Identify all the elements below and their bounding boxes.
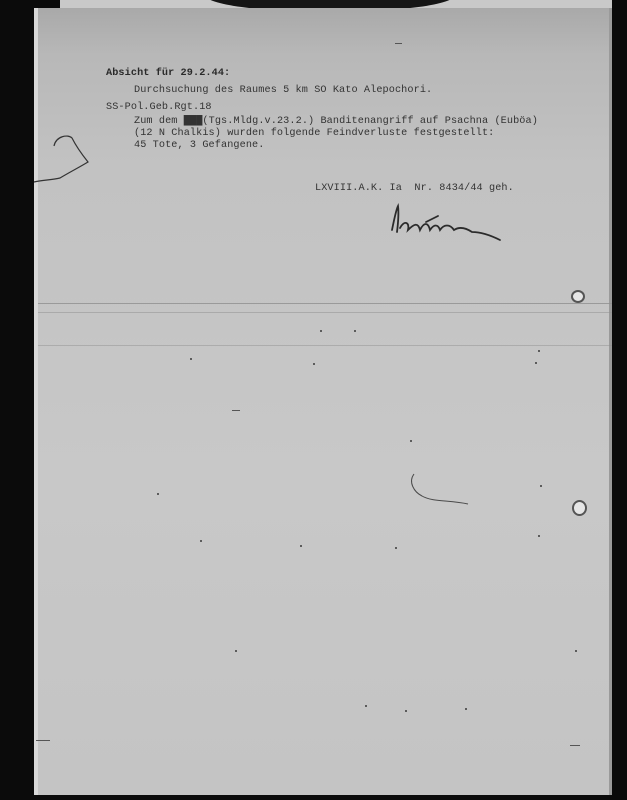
speck: [405, 710, 407, 712]
reference-number: LXVIII.A.K. Ia Nr. 8434/44 geh.: [315, 183, 514, 194]
speck: [575, 650, 577, 652]
speck: [535, 362, 537, 364]
punch-hole: [572, 500, 587, 516]
speck: [354, 330, 356, 332]
scan-right-edge: [612, 0, 627, 800]
speck: [190, 358, 192, 360]
speck: [395, 43, 402, 44]
speck: [157, 493, 159, 495]
speck: [410, 440, 412, 442]
speck: [538, 535, 540, 537]
fold-line: [38, 345, 612, 346]
heading-intent-date: Absicht für 29.2.44:: [106, 68, 230, 79]
speck: [200, 540, 202, 542]
punch-hole: [571, 290, 585, 303]
speck: [570, 745, 580, 746]
fold-line: [38, 312, 612, 313]
speck: [300, 545, 302, 547]
speck: [538, 350, 540, 352]
speck: [395, 547, 397, 549]
speck: [365, 705, 367, 707]
report-line-2: (12 N Chalkis) wurden folgende Feindverl…: [134, 128, 494, 139]
report-line-1: Zum dem ▇▇▇(Tgs.Mldg.v.23.2.) Banditenan…: [134, 116, 538, 127]
margin-scribble-icon: [34, 130, 104, 190]
speck: [465, 708, 467, 710]
speck: [313, 363, 315, 365]
speck: [235, 650, 237, 652]
unit-label: SS-Pol.Geb.Rgt.18: [106, 102, 212, 113]
fold-line: [38, 303, 612, 304]
speck: [232, 410, 240, 411]
intent-line: Durchsuchung des Raumes 5 km SO Kato Ale…: [134, 85, 432, 96]
report-line-3: 45 Tote, 3 Gefangene.: [134, 140, 264, 151]
speck: [36, 740, 50, 741]
signature-icon: [388, 200, 508, 250]
pencil-mark-icon: [410, 472, 480, 507]
speck: [320, 330, 322, 332]
speck: [540, 485, 542, 487]
